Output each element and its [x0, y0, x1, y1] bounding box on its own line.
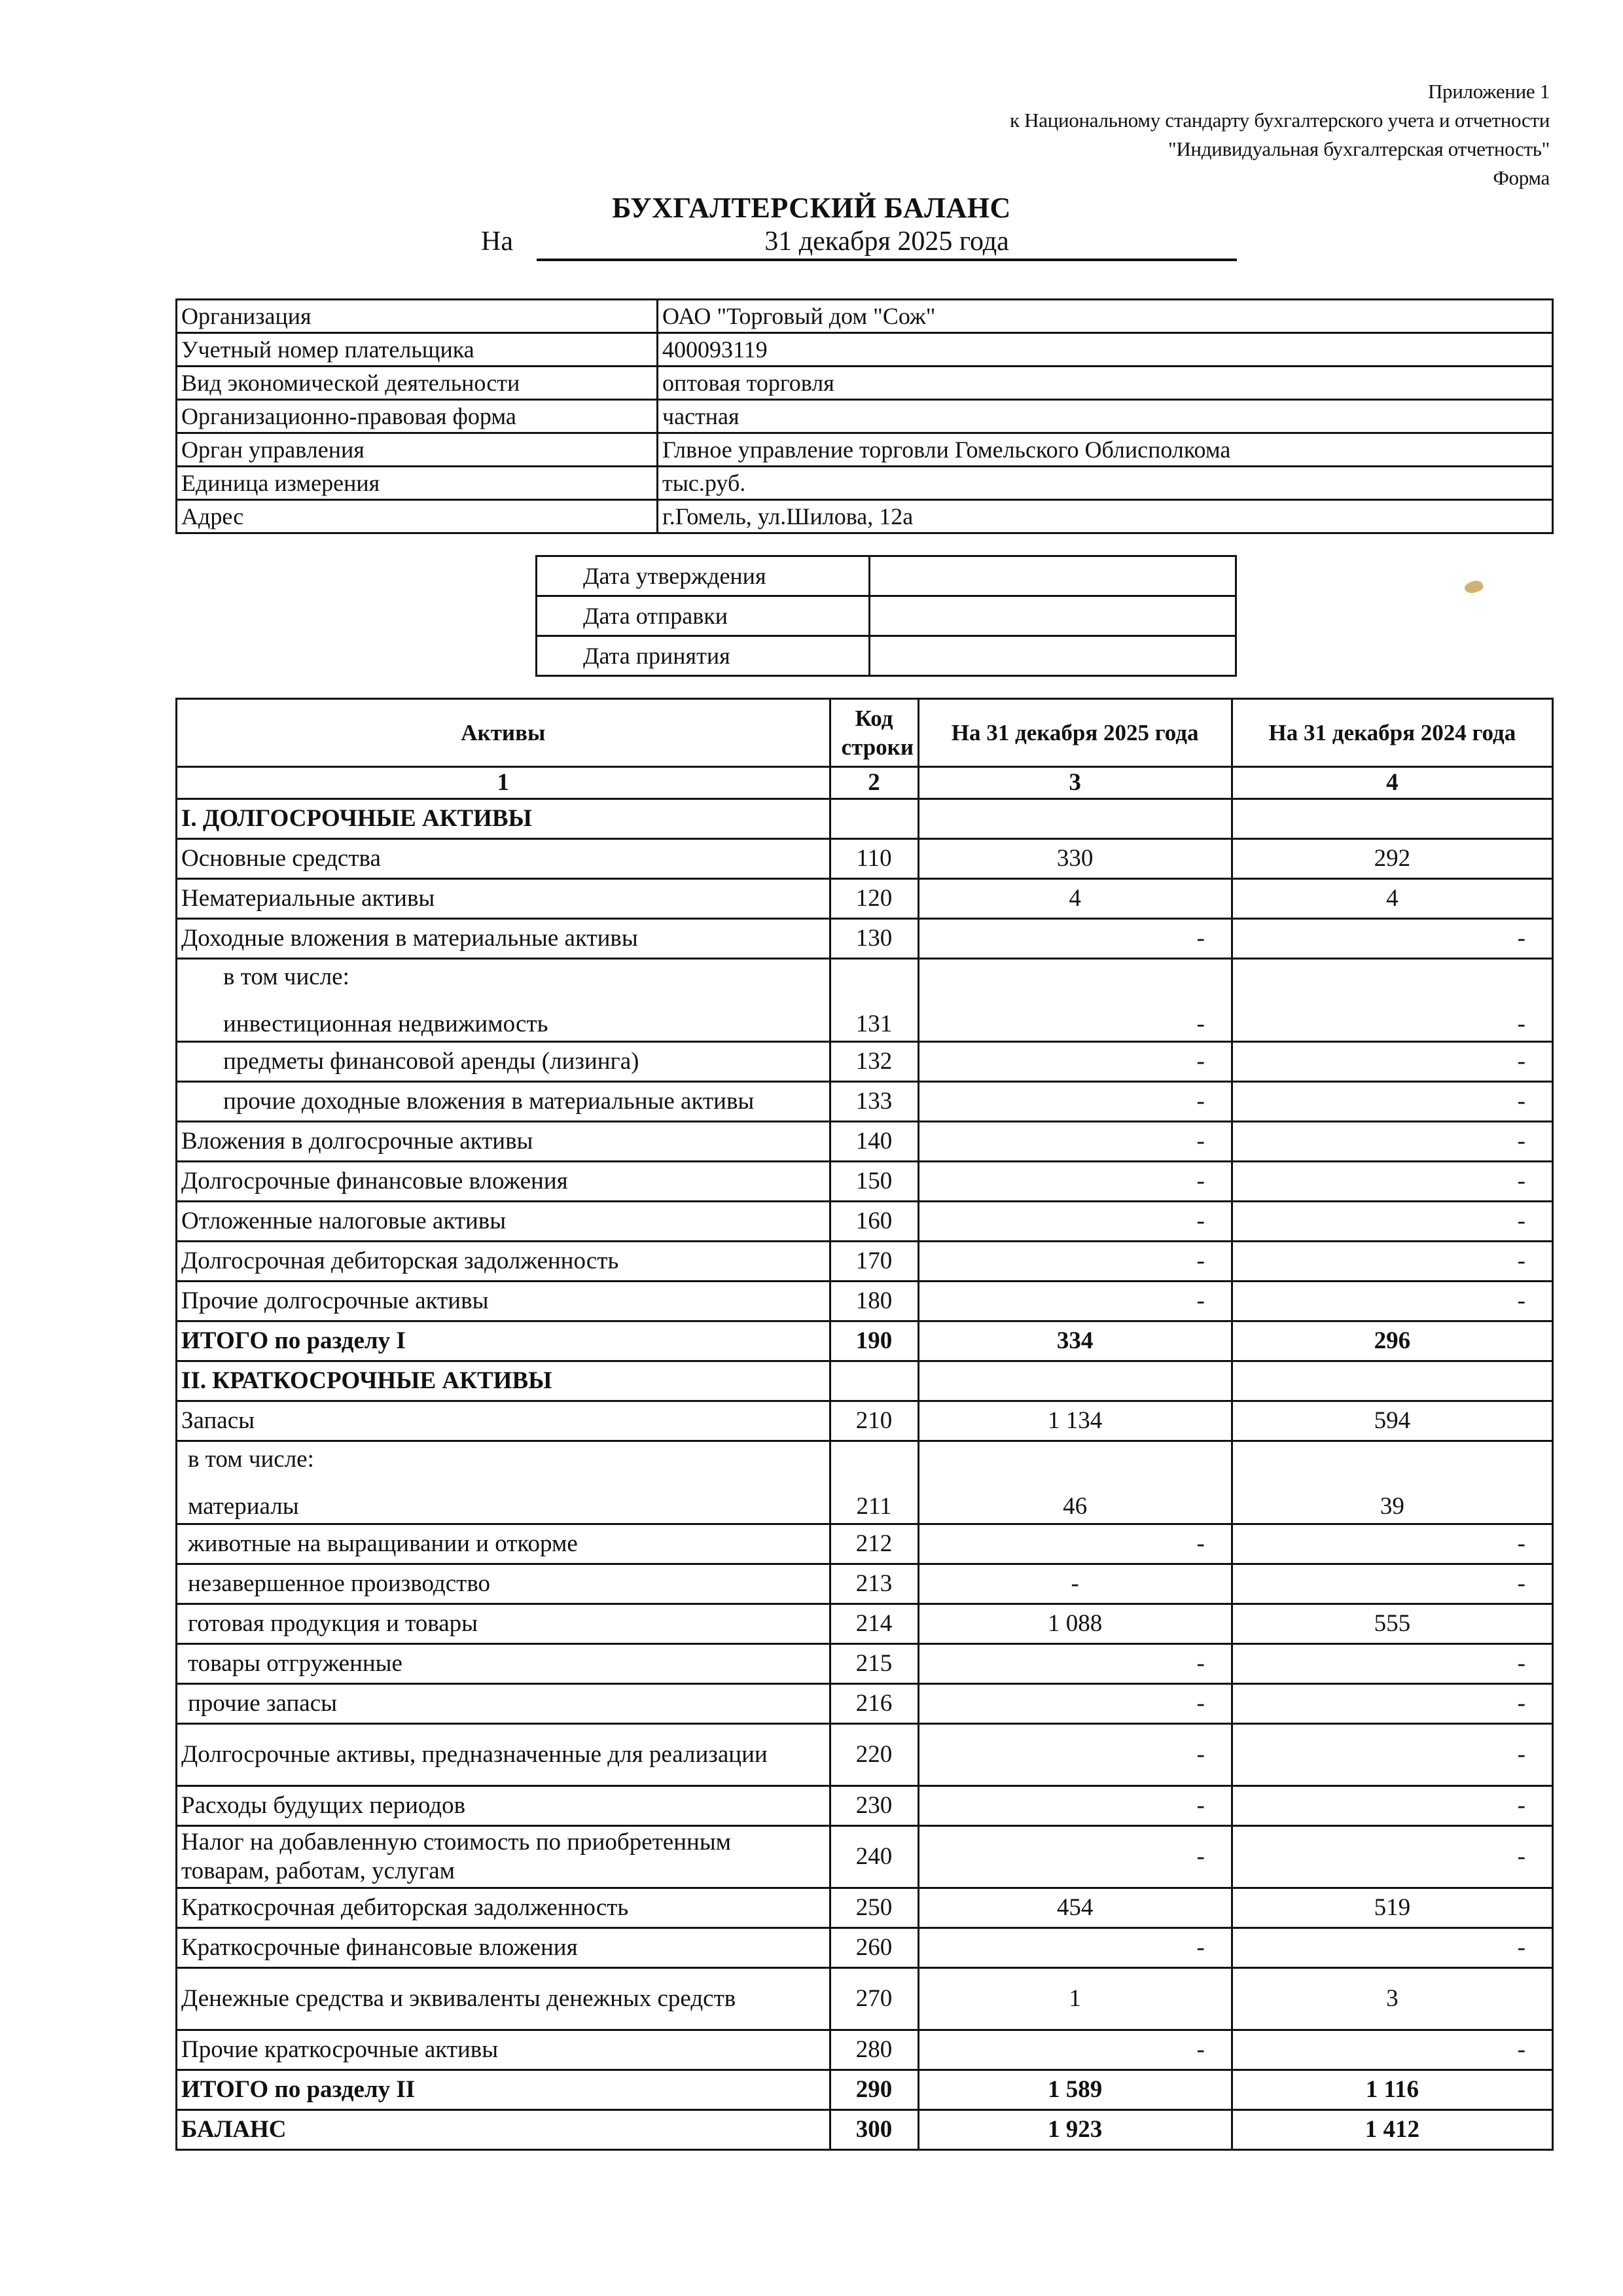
org-info-label: Адрес [177, 500, 658, 533]
row-label: готовая продукция и товары [188, 1610, 478, 1637]
row-label: Запасы [181, 1407, 255, 1434]
table-row: Отложенные налоговые активы160-- [177, 1202, 1553, 1242]
organization-info-table: ОрганизацияОАО "Торговый дом "Сож"Учетны… [175, 298, 1554, 534]
row-code [830, 799, 918, 839]
row-label-cell: БАЛАНС [177, 2110, 830, 2150]
value-2025: - [918, 1928, 1232, 1968]
header-2025: На 31 декабря 2025 года [918, 699, 1232, 767]
org-info-value: Глвное управление торговли Гомельского О… [658, 433, 1553, 467]
value-2025: 1 923 [918, 2110, 1232, 2150]
value-2025: - [918, 1282, 1232, 1321]
org-info-value: г.Гомель, ул.Шилова, 12а [658, 500, 1553, 533]
row-label-cell: ИТОГО по разделу II [177, 2070, 830, 2110]
table-row: товары отгруженные215-- [177, 1644, 1553, 1684]
report-date: 31 декабря 2025 года [537, 226, 1237, 261]
value-2024: - [1232, 1724, 1552, 1786]
value-2025: 46 [918, 1441, 1232, 1524]
row-label: БАЛАНС [181, 2116, 286, 2143]
table-row: Нематериальные активы12044 [177, 879, 1553, 919]
table-row: готовая продукция и товары2141 088555 [177, 1604, 1553, 1644]
balance-sheet-table: Активы Код строки На 31 декабря 2025 год… [175, 698, 1554, 2151]
value-2024: 4 [1232, 879, 1552, 919]
org-info-row: Орган управленияГлвное управление торгов… [177, 433, 1553, 467]
value-2024: - [1232, 1684, 1552, 1724]
org-info-value: тыс.руб. [658, 467, 1553, 500]
org-info-row: Вид экономической деятельностиоптовая то… [177, 367, 1553, 400]
value-2025: 334 [918, 1321, 1232, 1361]
row-label: предметы финансовой аренды (лизинга) [223, 1048, 639, 1075]
row-label: Прочие долгосрочные активы [181, 1287, 488, 1314]
row-code: 133 [830, 1082, 918, 1122]
org-info-label: Вид экономической деятельности [177, 367, 658, 400]
row-label: Долгосрочные финансовые вложения [181, 1168, 568, 1194]
value-2025: - [918, 2030, 1232, 2070]
row-label: Долгосрочная дебиторская задолженность [181, 1247, 618, 1274]
value-2025: - [918, 1202, 1232, 1242]
row-label: Денежные средства и эквиваленты денежных… [181, 1985, 736, 2012]
row-label-cell: Денежные средства и эквиваленты денежных… [177, 1968, 830, 2030]
value-2025: - [918, 1786, 1232, 1826]
row-code: 212 [830, 1524, 918, 1564]
row-code: 150 [830, 1162, 918, 1202]
row-label: материалы [188, 1493, 299, 1520]
row-code: 270 [830, 1968, 918, 2030]
value-2025: 4 [918, 879, 1232, 919]
table-row: Налог на добавленную стоимость по приобр… [177, 1826, 1553, 1888]
value-2024: - [1232, 1202, 1552, 1242]
row-label-cell: Основные средства [177, 839, 830, 879]
row-label-cell: Прочие долгосрочные активы [177, 1282, 830, 1321]
row-label-cell: животные на выращивании и откорме [177, 1524, 830, 1564]
row-code: 240 [830, 1826, 918, 1888]
value-2025 [918, 799, 1232, 839]
value-2025: - [918, 1242, 1232, 1282]
table-row: Прочие долгосрочные активы180-- [177, 1282, 1553, 1321]
appendix-line-1: Приложение 1 [1010, 77, 1550, 106]
table-row: Краткосрочные финансовые вложения260-- [177, 1928, 1553, 1968]
value-2024: - [1232, 1042, 1552, 1082]
date-label: Дата отправки [537, 596, 870, 636]
row-label: прочие запасы [188, 1690, 337, 1717]
value-2025: - [918, 1684, 1232, 1724]
value-2024: - [1232, 1242, 1552, 1282]
appendix-header: Приложение 1 к Национальному стандарту б… [1010, 77, 1550, 192]
date-row: Дата утверждения [537, 556, 1236, 596]
value-2025: - [918, 1122, 1232, 1162]
row-label: Доходные вложения в материальные активы [181, 925, 638, 952]
row-code: 160 [830, 1202, 918, 1242]
header-2024: На 31 декабря 2024 года [1232, 699, 1552, 767]
row-label: ИТОГО по разделу II [181, 2076, 415, 2103]
value-2024: - [1232, 2030, 1552, 2070]
row-label-cell: готовая продукция и товары [177, 1604, 830, 1644]
row-label-cell: Долгосрочная дебиторская задолженность [177, 1242, 830, 1282]
row-label: Основные средства [181, 845, 381, 872]
value-2025: - [918, 1724, 1232, 1786]
value-2024 [1232, 799, 1552, 839]
value-2024: 594 [1232, 1401, 1552, 1441]
row-code: 290 [830, 2070, 918, 2110]
table-row: незавершенное производство213-- [177, 1564, 1553, 1604]
table-row: Денежные средства и эквиваленты денежных… [177, 1968, 1553, 2030]
row-code: 180 [830, 1282, 918, 1321]
value-2024: - [1232, 1644, 1552, 1684]
section-header-row: II. КРАТКОСРОЧНЫЕ АКТИВЫ [177, 1361, 1553, 1401]
value-2025: - [918, 919, 1232, 959]
row-label-cell: предметы финансовой аренды (лизинга) [177, 1042, 830, 1082]
row-label: товары отгруженные [188, 1650, 402, 1677]
row-code: 260 [830, 1928, 918, 1968]
row-label-cell: Доходные вложения в материальные активы [177, 919, 830, 959]
row-label-cell: в том числе:инвестиционная недвижимость [177, 959, 830, 1042]
value-2025: - [918, 1564, 1232, 1604]
row-label-cell: Прочие краткосрочные активы [177, 2030, 830, 2070]
row-code: 300 [830, 2110, 918, 2150]
date-label: Дата принятия [537, 636, 870, 676]
value-2024: 555 [1232, 1604, 1552, 1644]
value-2025: 454 [918, 1888, 1232, 1928]
row-label: Вложения в долгосрочные активы [181, 1128, 533, 1155]
org-info-row: ОрганизацияОАО "Торговый дом "Сож" [177, 300, 1553, 333]
row-label-cell: I. ДОЛГОСРОЧНЫЕ АКТИВЫ [177, 799, 830, 839]
row-code: 130 [830, 919, 918, 959]
row-code: 132 [830, 1042, 918, 1082]
row-prefix: в том числе: [188, 1443, 825, 1476]
section-header-row: I. ДОЛГОСРОЧНЫЕ АКТИВЫ [177, 799, 1553, 839]
table-row: в том числе:материалы2114639 [177, 1441, 1553, 1524]
table-row: предметы финансовой аренды (лизинга)132-… [177, 1042, 1553, 1082]
column-number-row: 1 2 3 4 [177, 767, 1553, 799]
value-2025: 1 134 [918, 1401, 1232, 1441]
row-label: ИТОГО по разделу I [181, 1327, 406, 1354]
table-row: Основные средства110330292 [177, 839, 1553, 879]
row-code: 120 [830, 879, 918, 919]
org-info-row: Учетный номер плательщика400093119 [177, 333, 1553, 367]
org-info-label: Организация [177, 300, 658, 333]
row-label: Нематериальные активы [181, 885, 435, 912]
row-code: 230 [830, 1786, 918, 1826]
value-2025: - [918, 1042, 1232, 1082]
value-2024: 3 [1232, 1968, 1552, 2030]
value-2024: - [1232, 1082, 1552, 1122]
col-num-3: 3 [918, 767, 1232, 799]
row-code: 250 [830, 1888, 918, 1928]
value-2024: - [1232, 1162, 1552, 1202]
row-code: 215 [830, 1644, 918, 1684]
value-2025: - [918, 1644, 1232, 1684]
value-2024: - [1232, 1786, 1552, 1826]
value-2024: 1 116 [1232, 2070, 1552, 2110]
org-info-label: Орган управления [177, 433, 658, 467]
row-code: 213 [830, 1564, 918, 1604]
row-label-cell: Запасы [177, 1401, 830, 1441]
paper-stain [1463, 578, 1485, 596]
date-value-field [870, 596, 1236, 636]
value-2025: - [918, 1524, 1232, 1564]
value-2024: - [1232, 1122, 1552, 1162]
org-info-value: ОАО "Торговый дом "Сож" [658, 300, 1553, 333]
org-info-label: Единица измерения [177, 467, 658, 500]
row-code: 216 [830, 1684, 918, 1724]
value-2025: 1 589 [918, 2070, 1232, 2110]
row-label: прочие доходные вложения в материальные … [223, 1088, 754, 1115]
row-label-cell: Вложения в долгосрочные активы [177, 1122, 830, 1162]
row-label-cell: прочие доходные вложения в материальные … [177, 1082, 830, 1122]
value-2024: 39 [1232, 1441, 1552, 1524]
row-code: 211 [830, 1441, 918, 1524]
value-2025: - [918, 1082, 1232, 1122]
org-info-value: 400093119 [658, 333, 1553, 367]
table-row: Вложения в долгосрочные активы140-- [177, 1122, 1553, 1162]
row-label-cell: товары отгруженные [177, 1644, 830, 1684]
row-code: 140 [830, 1122, 918, 1162]
table-row: Долгосрочные финансовые вложения150-- [177, 1162, 1553, 1202]
table-row: в том числе:инвестиционная недвижимость1… [177, 959, 1553, 1042]
row-code: 214 [830, 1604, 918, 1644]
value-2024: - [1232, 959, 1552, 1042]
row-label-cell: в том числе:материалы [177, 1441, 830, 1524]
org-info-row: Единица измерениятыс.руб. [177, 467, 1553, 500]
row-label: Расходы будущих периодов [181, 1792, 465, 1819]
row-label-cell: Отложенные налоговые активы [177, 1202, 830, 1242]
appendix-line-3: "Индивидуальная бухгалтерская отчетность… [1010, 135, 1550, 164]
value-2025 [918, 1361, 1232, 1401]
row-label: II. КРАТКОСРОЧНЫЕ АКТИВЫ [181, 1367, 552, 1394]
row-code: 131 [830, 959, 918, 1042]
row-code: 280 [830, 2030, 918, 2070]
value-2024: - [1232, 1928, 1552, 1968]
row-label-cell: Краткосрочная дебиторская задолженность [177, 1888, 830, 1928]
date-row: Дата принятия [537, 636, 1236, 676]
org-info-value: частная [658, 400, 1553, 433]
col-num-4: 4 [1232, 767, 1552, 799]
total-row: ИТОГО по разделу II2901 5891 116 [177, 2070, 1553, 2110]
table-row: Доходные вложения в материальные активы1… [177, 919, 1553, 959]
row-label: Прочие краткосрочные активы [181, 2036, 498, 2063]
value-2024: - [1232, 1826, 1552, 1888]
table-row: Запасы2101 134594 [177, 1401, 1553, 1441]
value-2024: - [1232, 919, 1552, 959]
value-2025: 330 [918, 839, 1232, 879]
row-label: Краткосрочные финансовые вложения [181, 1934, 578, 1961]
header-code: Код строки [830, 699, 918, 767]
value-2024: - [1232, 1564, 1552, 1604]
row-label: Долгосрочные активы, предназначенные для… [181, 1741, 768, 1768]
table-row: Долгосрочная дебиторская задолженность17… [177, 1242, 1553, 1282]
date-value-field [870, 556, 1236, 596]
value-2024: 292 [1232, 839, 1552, 879]
value-2024 [1232, 1361, 1552, 1401]
col-num-1: 1 [177, 767, 830, 799]
row-label-cell: прочие запасы [177, 1684, 830, 1724]
table-row: прочие доходные вложения в материальные … [177, 1082, 1553, 1122]
table-row: Расходы будущих периодов230-- [177, 1786, 1553, 1826]
row-label-cell: Налог на добавленную стоимость по приобр… [177, 1826, 830, 1888]
org-info-label: Учетный номер плательщика [177, 333, 658, 367]
row-label: инвестиционная недвижимость [223, 1011, 548, 1037]
value-2024: 1 412 [1232, 2110, 1552, 2150]
total-row: БАЛАНС3001 9231 412 [177, 2110, 1553, 2150]
row-code [830, 1361, 918, 1401]
row-label-cell: Нематериальные активы [177, 879, 830, 919]
document-title: БУХГАЛТЕРСКИЙ БАЛАНС [0, 191, 1623, 224]
row-code: 110 [830, 839, 918, 879]
table-row: Долгосрочные активы, предназначенные для… [177, 1724, 1553, 1786]
row-label-cell: Расходы будущих периодов [177, 1786, 830, 1826]
date-value-field [870, 636, 1236, 676]
row-label: Отложенные налоговые активы [181, 1208, 506, 1234]
row-code: 170 [830, 1242, 918, 1282]
date-row: Дата отправки [537, 596, 1236, 636]
row-label-cell: незавершенное производство [177, 1564, 830, 1604]
row-label: Налог на добавленную стоимость по приобр… [181, 1829, 731, 1884]
row-code: 220 [830, 1724, 918, 1786]
balance-header-row: Активы Код строки На 31 декабря 2025 год… [177, 699, 1553, 767]
table-row: Прочие краткосрочные активы280-- [177, 2030, 1553, 2070]
header-assets: Активы [177, 699, 830, 767]
header-code-text: Код строки [842, 704, 907, 762]
row-code: 210 [830, 1401, 918, 1441]
table-row: животные на выращивании и откорме212-- [177, 1524, 1553, 1564]
row-label: животные на выращивании и откорме [188, 1530, 578, 1557]
org-info-label: Организационно-правовая форма [177, 400, 658, 433]
value-2025: - [918, 959, 1232, 1042]
row-label-cell: ИТОГО по разделу I [177, 1321, 830, 1361]
value-2024: - [1232, 1282, 1552, 1321]
row-label-cell: Долгосрочные активы, предназначенные для… [177, 1724, 830, 1786]
appendix-line-2: к Национальному стандарту бухгалтерского… [1010, 106, 1550, 135]
value-2025: 1 [918, 1968, 1232, 2030]
submission-dates-table: Дата утвержденияДата отправкиДата принят… [535, 555, 1237, 677]
date-label: Дата утверждения [537, 556, 870, 596]
appendix-line-4: Форма [1010, 164, 1550, 192]
row-label: незавершенное производство [188, 1570, 490, 1597]
value-2025: - [918, 1826, 1232, 1888]
table-row: прочие запасы216-- [177, 1684, 1553, 1724]
value-2025: 1 088 [918, 1604, 1232, 1644]
row-label: Краткосрочная дебиторская задолженность [181, 1894, 628, 1921]
col-num-2: 2 [830, 767, 918, 799]
row-code: 190 [830, 1321, 918, 1361]
row-label-cell: Долгосрочные финансовые вложения [177, 1162, 830, 1202]
org-info-row: Адресг.Гомель, ул.Шилова, 12а [177, 500, 1553, 533]
org-info-value: оптовая торговля [658, 367, 1553, 400]
total-row: ИТОГО по разделу I190334296 [177, 1321, 1553, 1361]
value-2024: - [1232, 1524, 1552, 1564]
row-label: I. ДОЛГОСРОЧНЫЕ АКТИВЫ [181, 805, 532, 832]
date-prefix: На [481, 226, 513, 257]
org-info-row: Организационно-правовая формачастная [177, 400, 1553, 433]
value-2024: 519 [1232, 1888, 1552, 1928]
value-2024: 296 [1232, 1321, 1552, 1361]
table-row: Краткосрочная дебиторская задолженность2… [177, 1888, 1553, 1928]
row-prefix: в том числе: [223, 961, 825, 994]
value-2025: - [918, 1162, 1232, 1202]
row-label-cell: II. КРАТКОСРОЧНЫЕ АКТИВЫ [177, 1361, 830, 1401]
row-label-cell: Краткосрочные финансовые вложения [177, 1928, 830, 1968]
